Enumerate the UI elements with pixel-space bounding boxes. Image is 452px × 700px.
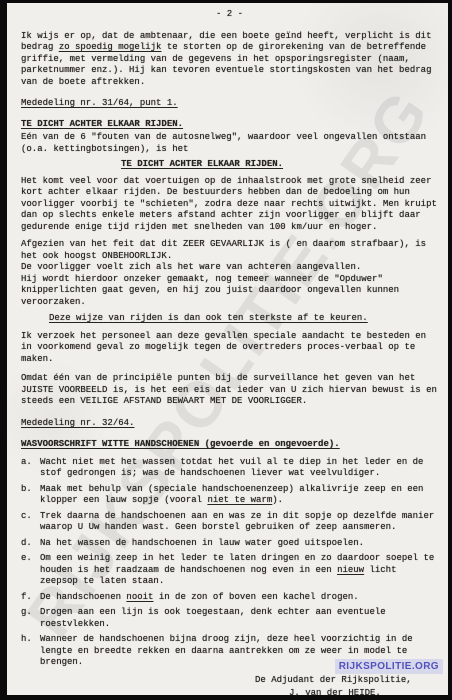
item-label: d. bbox=[21, 538, 40, 550]
signature-role: De Adjudant der Rijkspolitie, bbox=[255, 675, 438, 687]
signature-name: J. van der HEIDE. bbox=[289, 688, 438, 695]
wasvoorschrift-heading: WASVOORSCHRIFT WITTE HANDSCHOENEN (gevoe… bbox=[21, 439, 438, 451]
conclusion-line: Deze wijze van rijden is dan ook ten ste… bbox=[49, 313, 438, 325]
intro-text-underlined: zo spoedig mogelijk bbox=[59, 42, 162, 52]
warning-line: Hij wordt hierdoor onzeker gemaakt, nog … bbox=[21, 274, 438, 309]
scan-frame: { "page": { "number_label": "- 2 -", "in… bbox=[0, 0, 452, 700]
item-label: f. bbox=[21, 592, 40, 604]
page-number: - 2 - bbox=[21, 9, 438, 21]
instruction-item: g.Drogen aan een lijn is ook toegestaan,… bbox=[21, 607, 438, 630]
item-label: a. bbox=[21, 457, 40, 469]
instruction-item: f.De handschoenen nooit in de zon of bov… bbox=[21, 592, 438, 604]
section-lead: Eén van de 6 "fouten van de autosnelweg"… bbox=[21, 132, 438, 155]
section-heading: TE DICHT ACHTER ELKAAR RIJDEN. bbox=[21, 119, 438, 131]
item-label: e. bbox=[21, 553, 40, 565]
signature-block: De Adjudant der Rijkspolitie, J. van der… bbox=[21, 675, 438, 696]
document-content: - 2 - Ik wijs er op, dat de ambtenaar, d… bbox=[7, 3, 448, 695]
instruction-item: e.Om een weinig zeep in het leder te lat… bbox=[21, 553, 438, 588]
body-paragraph-1: Het komt veel voor dat voertuigen op de … bbox=[21, 176, 438, 234]
instruction-item: c.Trek daarna de handschoenen aan en was… bbox=[21, 511, 438, 534]
warning-line: De voorligger voelt zich als het ware va… bbox=[21, 262, 438, 274]
item-label: b. bbox=[21, 484, 40, 496]
corner-watermark: RIJKSPOLITIE.ORG bbox=[335, 659, 443, 674]
warning-lines: Afgezien van het feit dat dit ZEER GEVAA… bbox=[21, 239, 438, 308]
mededeling-31-title: Mededeling nr. 31/64, punt 1. bbox=[21, 98, 438, 110]
example-paragraph: Omdat één van de principiële punten bij … bbox=[21, 373, 438, 408]
instruction-item: a.Wacht niet met het wassen totdat het v… bbox=[21, 457, 438, 480]
mededeling-32-title: Mededeling nr. 32/64. bbox=[21, 418, 438, 430]
item-label: g. bbox=[21, 607, 40, 619]
section-heading-centered: TE DICHT ACHTER ELKAAR RIJDEN. bbox=[121, 159, 438, 171]
request-paragraph: Ik verzoek het personeel aan deze gevall… bbox=[21, 331, 438, 366]
warning-line: Afgezien van het feit dat dit ZEER GEVAA… bbox=[21, 239, 438, 262]
instruction-item: b.Maak met behulp van (speciale handscho… bbox=[21, 484, 438, 507]
item-label: c. bbox=[21, 511, 40, 523]
document-page: RIJKSPOLITIE.ORG - 2 - Ik wijs er op, da… bbox=[7, 3, 448, 695]
instruction-list: a.Wacht niet met het wassen totdat het v… bbox=[21, 457, 438, 669]
intro-paragraph: Ik wijs er op, dat de ambtenaar, die een… bbox=[21, 31, 438, 89]
instruction-item: d.Na het wassen de handschoenen in lauw … bbox=[21, 538, 438, 550]
item-label: h. bbox=[21, 634, 40, 646]
